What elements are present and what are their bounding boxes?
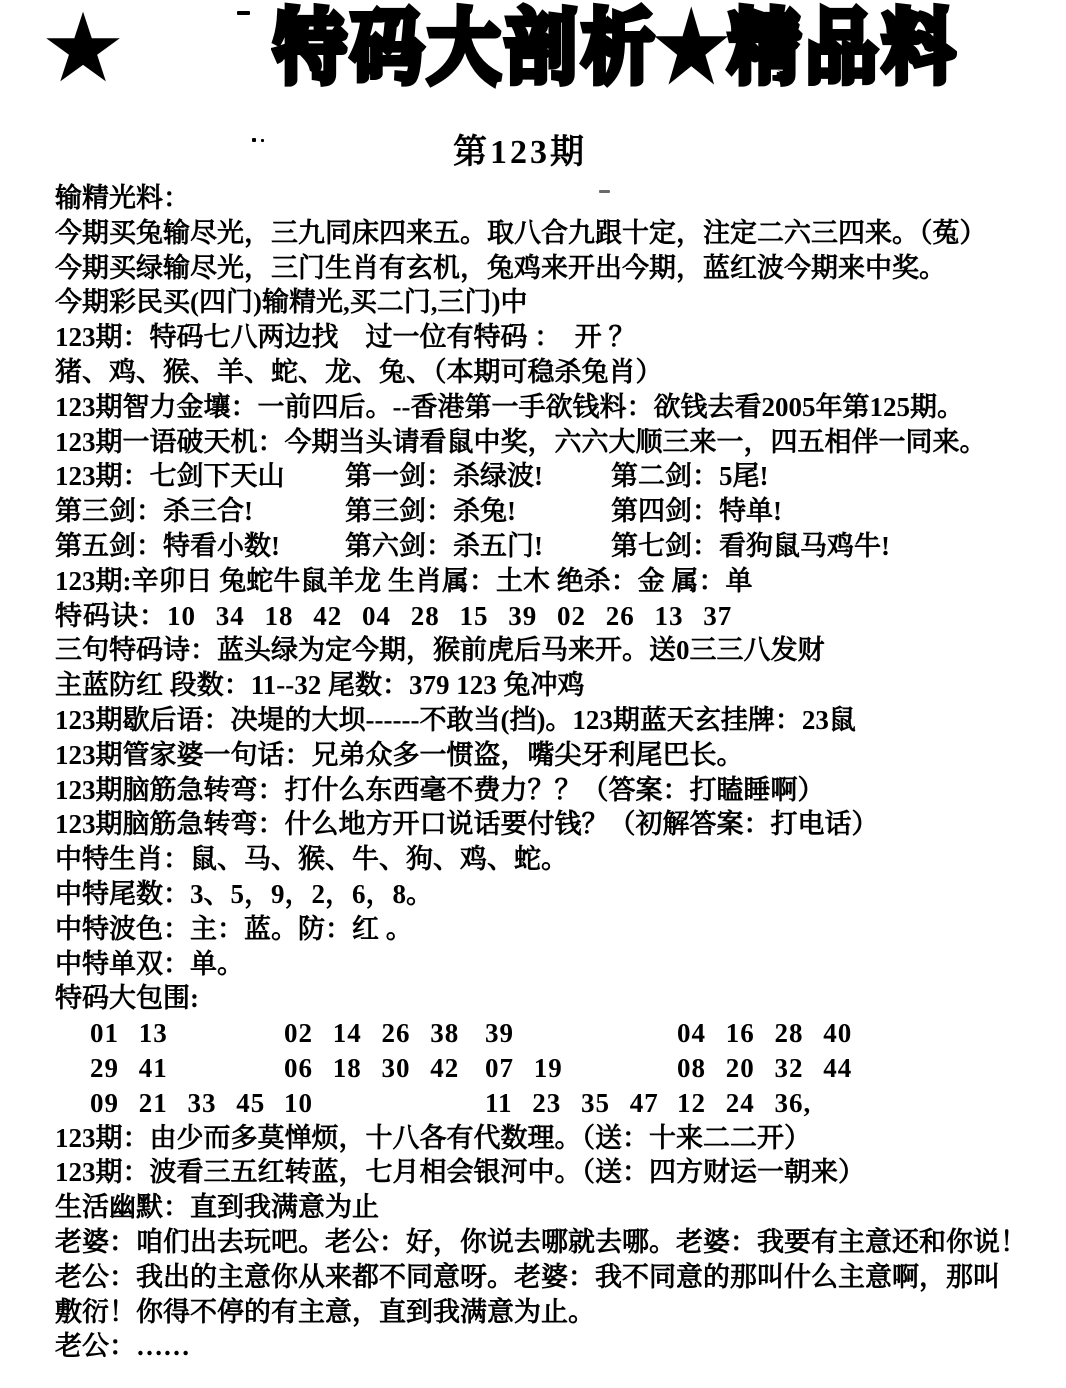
number-cell: 39	[485, 1016, 677, 1051]
star-icon: ★	[40, 0, 126, 98]
number-cell: 29 41	[90, 1051, 284, 1086]
sword-cell: 第三剑：杀兔!	[345, 494, 611, 529]
number-cell: 08 20 32 44	[677, 1051, 1062, 1086]
number-cell: 01 13	[90, 1016, 284, 1051]
number-cell: 10	[284, 1086, 485, 1121]
sword-cell: 第一剑：杀绿波!	[345, 459, 611, 494]
number-cell: 12 24 36,	[677, 1086, 1062, 1121]
page-title: 特码大剖析★精品料	[274, 4, 960, 91]
line-potianji: 123期一语破天机：今期当头请看鼠中奖，六六大顺三来一，四五相伴一同来。	[55, 425, 1062, 460]
sword-cell: 第五剑：特看小数!	[55, 529, 345, 564]
line-loss-3: 今期彩民买(四门)输精光,买二门,三门)中	[55, 285, 1062, 320]
sword-row-2: 第三剑：杀三合! 第三剑：杀兔! 第四剑：特单!	[55, 494, 1062, 529]
sword-cell: 第六剑：杀五门!	[345, 529, 611, 564]
number-grid-row-2: 29 41 06 18 30 42 07 19 08 20 32 44	[55, 1051, 1062, 1086]
line-brainteaser-1: 123期脑筋急转弯：打什么东西毫不费力？？（答案：打瞌睡啊）	[55, 773, 1062, 808]
line-dialog-3: 敷衍！你得不停的有主意，直到我满意为止。	[55, 1295, 1062, 1330]
number-cell: 02 14 26 38	[284, 1016, 485, 1051]
sword-cell: 第二剑：5尾!	[611, 459, 1062, 494]
scan-artifact-dash	[237, 11, 250, 15]
number-grid-row-1: 01 13 02 14 26 38 39 04 16 28 40	[55, 1016, 1062, 1051]
line-zhongte-shengxiao: 中特生肖：鼠、马、猴、牛、狗、鸡、蛇。	[55, 842, 1062, 877]
line-zhongte-danshuang: 中特单双：单。	[55, 947, 1062, 982]
issue-number: 第123期	[0, 124, 1040, 173]
sword-cell: 第三剑：杀三合!	[55, 494, 345, 529]
line-xiehouyu: 123期歇后语：决堤的大坝------不敢当(挡)。123期蓝天玄挂牌：23鼠	[55, 703, 1062, 738]
number-cell: 06 18 30 42	[284, 1051, 485, 1086]
line-zhongte-weishu: 中特尾数：3、5，9，2，6，8。	[55, 877, 1062, 912]
line-shao-er-duo: 123期：由少而多莫惮烦，十八各有代数理。（送：十来二二开）	[55, 1121, 1062, 1156]
line-tema-find: 123期：特码七八两边找 过一位有特码 ： 开 ？	[55, 320, 1062, 355]
line-zhongte-bose: 中特波色：主：蓝。防：红 。	[55, 912, 1062, 947]
line-temajue: 特码诀：10 34 18 42 04 28 15 39 02 26 13 37	[55, 599, 1062, 634]
line-ganzhi: 123期:辛卯日 兔蛇牛鼠羊龙 生肖属：土木 绝杀：金 属：单	[55, 564, 1062, 599]
line-loss-2: 今期买绿输尽光，三门生肖有玄机，兔鸡来开出今期，蓝红波今期来中奖。	[55, 251, 1062, 286]
sword-cell: 123期：七剑下天山	[55, 459, 345, 494]
line-loss-1: 今期买兔输尽光，三九同床四来五。取八合九跟十定，注定二六三四来。（菟）	[55, 216, 1062, 251]
line-bokan: 123期：波看三五红转蓝，七月相会银河中。（送：四方财运一朝来）	[55, 1155, 1062, 1190]
sword-row-1: 123期：七剑下天山 第一剑：杀绿波! 第二剑：5尾!	[55, 459, 1062, 494]
number-cell: 04 16 28 40	[677, 1016, 1062, 1051]
number-cell: 11 23 35 47	[485, 1086, 677, 1121]
line-zhili-jinrang: 123期智力金壤：一前四后。--香港第一手欲钱料：欲钱去看2005年第125期。	[55, 390, 1062, 425]
line-guanjiapo: 123期管家婆一句话：兄弟众多一惯盗，嘴尖牙利尾巴长。	[55, 738, 1062, 773]
line-loss-label: 输精光料：	[55, 181, 1062, 216]
sword-cell: 第四剑：特单!	[611, 494, 1062, 529]
line-zodiac-kill: 猪、鸡、猴、羊、蛇、龙、兔、（本期可稳杀兔肖）	[55, 355, 1062, 390]
line-dialog-2: 老公：我出的主意你从来都不同意呀。老婆：我不同意的那叫什么主意啊，那叫	[55, 1260, 1062, 1295]
sword-row-3: 第五剑：特看小数! 第六剑：杀五门! 第七剑：看狗鼠马鸡牛!	[55, 529, 1062, 564]
line-dialog-4: 老公：……	[55, 1329, 1062, 1364]
line-dialog-1: 老婆：咱们出去玩吧。老公：好，你说去哪就去哪。老婆：我要有主意还和你说！	[55, 1225, 1062, 1260]
tip-sheet-body: 输精光料： 今期买兔输尽光，三九同床四来五。取八合九跟十定，注定二六三四来。（菟…	[55, 181, 1062, 1364]
number-cell: 09 21 33 45	[90, 1086, 284, 1121]
number-grid-row-3: 09 21 33 45 10 11 23 35 47 12 24 36,	[55, 1086, 1062, 1121]
line-humor-label: 生活幽默：直到我满意为止	[55, 1190, 1062, 1225]
line-brainteaser-2: 123期脑筋急转弯：什么地方开口说话要付钱？（初解答案：打电话）	[55, 807, 1062, 842]
line-tema-poem: 三句特码诗：蓝头绿为定今期，猴前虎后马来开。送0三三八发财	[55, 633, 1062, 668]
sword-cell: 第七剑：看狗鼠马鸡牛!	[611, 529, 1062, 564]
number-cell: 07 19	[485, 1051, 677, 1086]
line-baowei-label: 特码大包围:	[55, 981, 1062, 1016]
line-zhulan-fanghong: 主蓝防红 段数：11--32 尾数：379 123 兔冲鸡	[55, 668, 1062, 703]
